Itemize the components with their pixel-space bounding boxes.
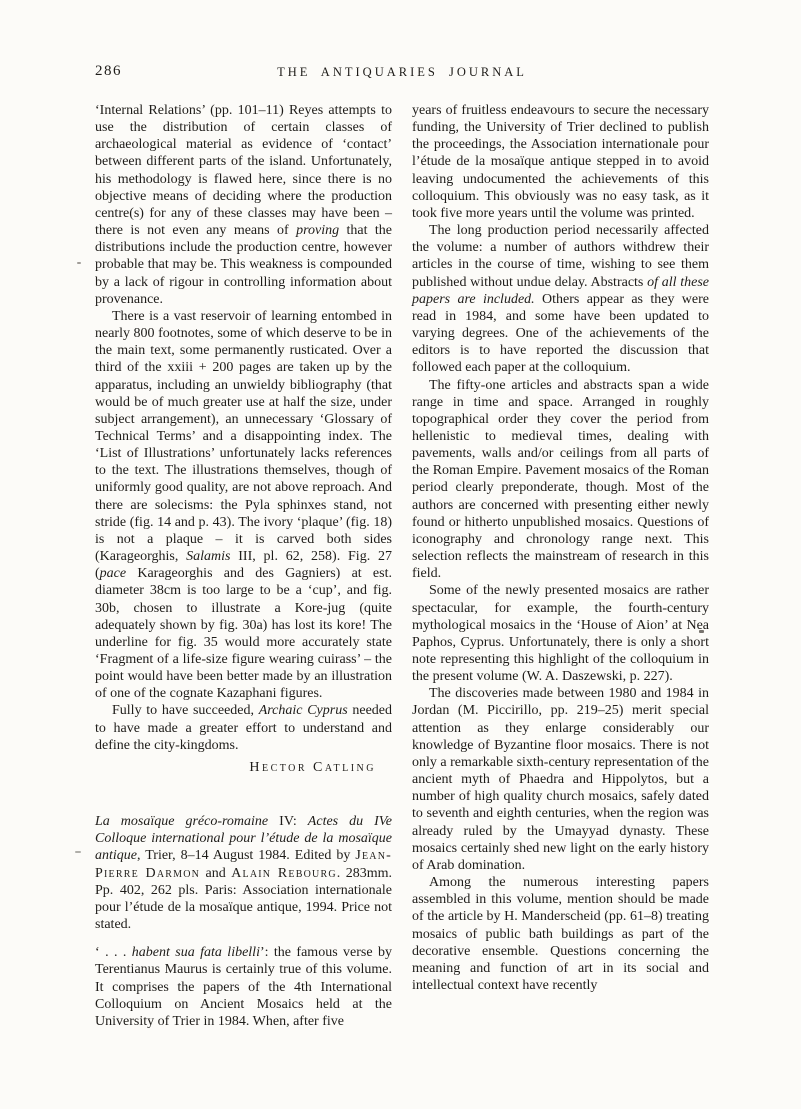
scan-speck — [77, 262, 81, 264]
text-segment: ‘Internal Relations’ (pp. 101–11) Reyes … — [95, 103, 392, 238]
text-segment: La mosaïque gréco-romaine — [95, 814, 279, 829]
text-segment: and — [200, 866, 231, 881]
text-segment: Salamis — [186, 549, 230, 564]
paragraph: There is a vast reservoir of learning en… — [95, 308, 392, 703]
paragraph: The discoveries made between 1980 and 19… — [412, 685, 709, 874]
scan-speck — [75, 851, 81, 853]
text-segment: Archaic Cyprus — [259, 703, 348, 718]
text-segment: ‘ . . . — [95, 945, 132, 960]
page-number: 286 — [95, 63, 122, 80]
text-segment: Some of the newly presented mosaics are … — [412, 583, 709, 684]
paragraph: Fully to have succeeded, Archaic Cyprus … — [95, 702, 392, 753]
paragraph: ‘Internal Relations’ (pp. 101–11) Reyes … — [95, 102, 392, 308]
book-citation: La mosaïque gréco-romaine IV: Actes du I… — [95, 813, 392, 933]
paragraph: ‘ . . . habent sua fata libelli’: the fa… — [95, 944, 392, 1030]
text-segment: Fully to have succeeded, — [112, 703, 259, 718]
text-segment: Hector Catling — [249, 760, 376, 775]
page-body: ‘Internal Relations’ (pp. 101–11) Reyes … — [95, 102, 709, 1030]
text-segment: The discoveries made between 1980 and 19… — [412, 686, 709, 873]
text-segment: Karageorghis and des Gagniers) at est. d… — [95, 566, 392, 701]
right-column: years of fruitless endeavours to secure … — [412, 102, 709, 1030]
paragraph: years of fruitless endeavours to secure … — [412, 102, 709, 222]
paragraph: Among the numerous interesting papers as… — [412, 874, 709, 994]
text-segment: , Trier, 8–14 August 1984. Edited by — [137, 848, 355, 863]
reviewer-signature: Hector Catling — [95, 759, 392, 776]
text-segment: IV: — [279, 814, 308, 829]
text-segment: pace — [100, 566, 126, 581]
running-head: 286 THE ANTIQUARIES JOURNAL — [95, 63, 709, 83]
journal-title: THE ANTIQUARIES JOURNAL — [95, 63, 709, 80]
journal-page: 286 THE ANTIQUARIES JOURNAL ‘Internal Re… — [0, 0, 801, 1109]
paragraph: Some of the newly presented mosaics are … — [412, 582, 709, 685]
paragraph: The long production period necessarily a… — [412, 222, 709, 376]
text-segment: proving — [296, 223, 339, 238]
text-segment: habent sua fata libelli — [132, 945, 260, 960]
text-segment: There is a vast reservoir of learning en… — [95, 309, 392, 564]
left-column: ‘Internal Relations’ (pp. 101–11) Reyes … — [95, 102, 392, 1030]
scan-speck — [699, 630, 704, 633]
paragraph: The fifty-one articles and abstracts spa… — [412, 377, 709, 583]
text-segment: years of fruitless endeavours to secure … — [412, 103, 709, 221]
text-segment: The fifty-one articles and abstracts spa… — [412, 378, 709, 582]
text-segment: Among the numerous interesting papers as… — [412, 875, 709, 993]
text-segment: Alain Rebourg — [231, 866, 337, 881]
